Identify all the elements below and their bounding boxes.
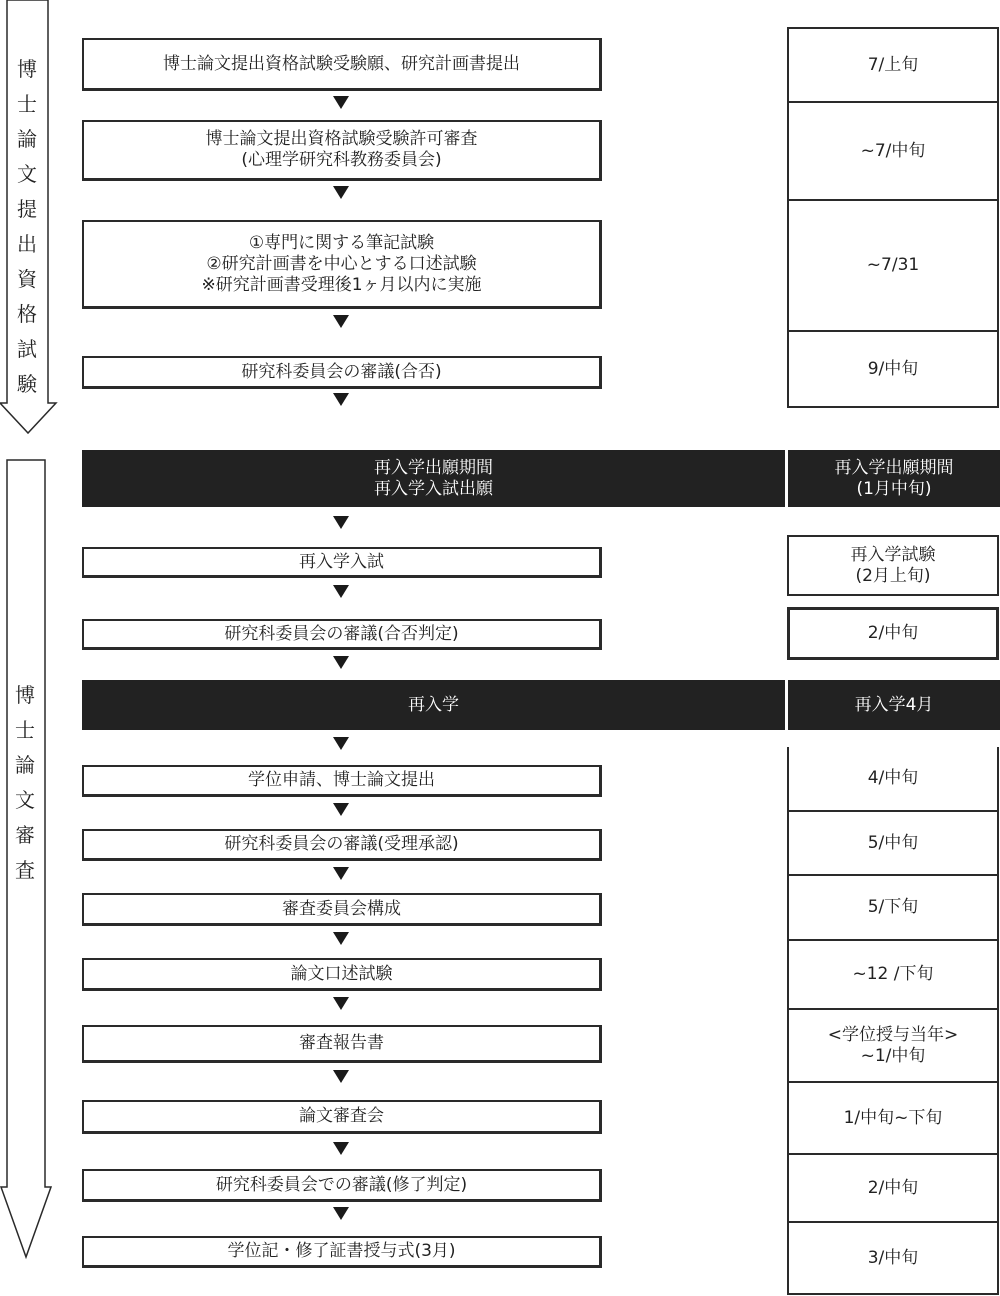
- date-cell: 5/中旬: [789, 812, 997, 876]
- step-examination-report: 審査報告書: [82, 1025, 602, 1063]
- flow-arrow-icon: [333, 737, 349, 750]
- flow-arrow-icon: [333, 516, 349, 529]
- step-exams: ①専門に関する筆記試験 ②研究計画書を中心とする口述試験 ※研究計画書受理後1ヶ…: [82, 220, 602, 309]
- date-cell: ~7/31: [789, 201, 997, 332]
- date-cell: 7/上旬: [789, 29, 997, 103]
- step-committee-acceptance: 研究科委員会の審議(受理承認): [82, 829, 602, 861]
- flow-arrow-icon: [333, 1142, 349, 1155]
- flow-arrow-icon: [333, 96, 349, 109]
- flow-arrow-icon: [333, 1070, 349, 1083]
- date-cell: 9/中旬: [789, 332, 997, 406]
- readmission-application-bar: 再入学出願期間 再入学入試出願 再入学出願期間 (1月中旬): [82, 450, 1000, 507]
- step-completion-judgment: 研究科委員会での審議(修了判定): [82, 1169, 602, 1202]
- date-cell: 1/中旬~下旬: [789, 1083, 997, 1155]
- flow-arrow-icon: [333, 656, 349, 669]
- readmission-decision-date: 2/中旬: [787, 607, 999, 660]
- flow-arrow-icon: [333, 315, 349, 328]
- phase1-label: 博士論文提出資格試験: [7, 52, 47, 402]
- step-application-submission: 博士論文提出資格試験受験願、研究計画書提出: [82, 38, 602, 91]
- phase2-schedule-column: 4/中旬 5/中旬 5/下旬 ~12 /下旬 <学位授与当年> ~1/中旬 1/…: [787, 747, 999, 1295]
- flow-arrow-icon: [333, 393, 349, 406]
- date-cell: 4/中旬: [789, 747, 997, 812]
- step-committee-pass-fail: 研究科委員会の審議(合否): [82, 356, 602, 389]
- readmission-date: 再入学4月: [788, 680, 1000, 730]
- flow-arrow-icon: [333, 932, 349, 945]
- flow-arrow-icon: [333, 186, 349, 199]
- flow-arrow-icon: [333, 585, 349, 598]
- phase1-schedule-column: 7/上旬 ~7/中旬 ~7/31 9/中旬: [787, 27, 999, 408]
- readmission-bar: 再入学 再入学4月: [82, 680, 1000, 730]
- date-cell: <学位授与当年> ~1/中旬: [789, 1010, 997, 1083]
- date-cell: 3/中旬: [789, 1223, 997, 1293]
- flow-arrow-icon: [333, 997, 349, 1010]
- flow-arrow-icon: [333, 867, 349, 880]
- readmission-application-label: 再入学出願期間 再入学入試出願: [82, 450, 788, 507]
- flow-arrow-icon: [333, 1207, 349, 1220]
- readmission-application-date: 再入学出願期間 (1月中旬): [788, 450, 1000, 507]
- step-permission-review: 博士論文提出資格試験受験許可審査 (心理学研究科教務委員会): [82, 120, 602, 181]
- step-oral-exam: 論文口述試験: [82, 958, 602, 991]
- step-readmission-decision: 研究科委員会の審議(合否判定): [82, 619, 602, 650]
- step-degree-ceremony: 学位記・修了証書授与式(3月): [82, 1236, 602, 1268]
- phase2-label: 博士論文審査: [5, 678, 45, 888]
- step-degree-application: 学位申請、博士論文提出: [82, 765, 602, 797]
- readmission-label: 再入学: [82, 680, 788, 730]
- date-cell: 5/下旬: [789, 876, 997, 941]
- date-cell: 2/中旬: [789, 1155, 997, 1223]
- step-readmission-exam: 再入学入試: [82, 547, 602, 578]
- step-thesis-review-meeting: 論文審査会: [82, 1100, 602, 1134]
- readmission-exam-date: 再入学試験 (2月上旬): [787, 535, 999, 596]
- date-cell: ~12 /下旬: [789, 941, 997, 1010]
- date-cell: ~7/中旬: [789, 103, 997, 201]
- flow-arrow-icon: [333, 803, 349, 816]
- step-examination-committee: 審査委員会構成: [82, 893, 602, 926]
